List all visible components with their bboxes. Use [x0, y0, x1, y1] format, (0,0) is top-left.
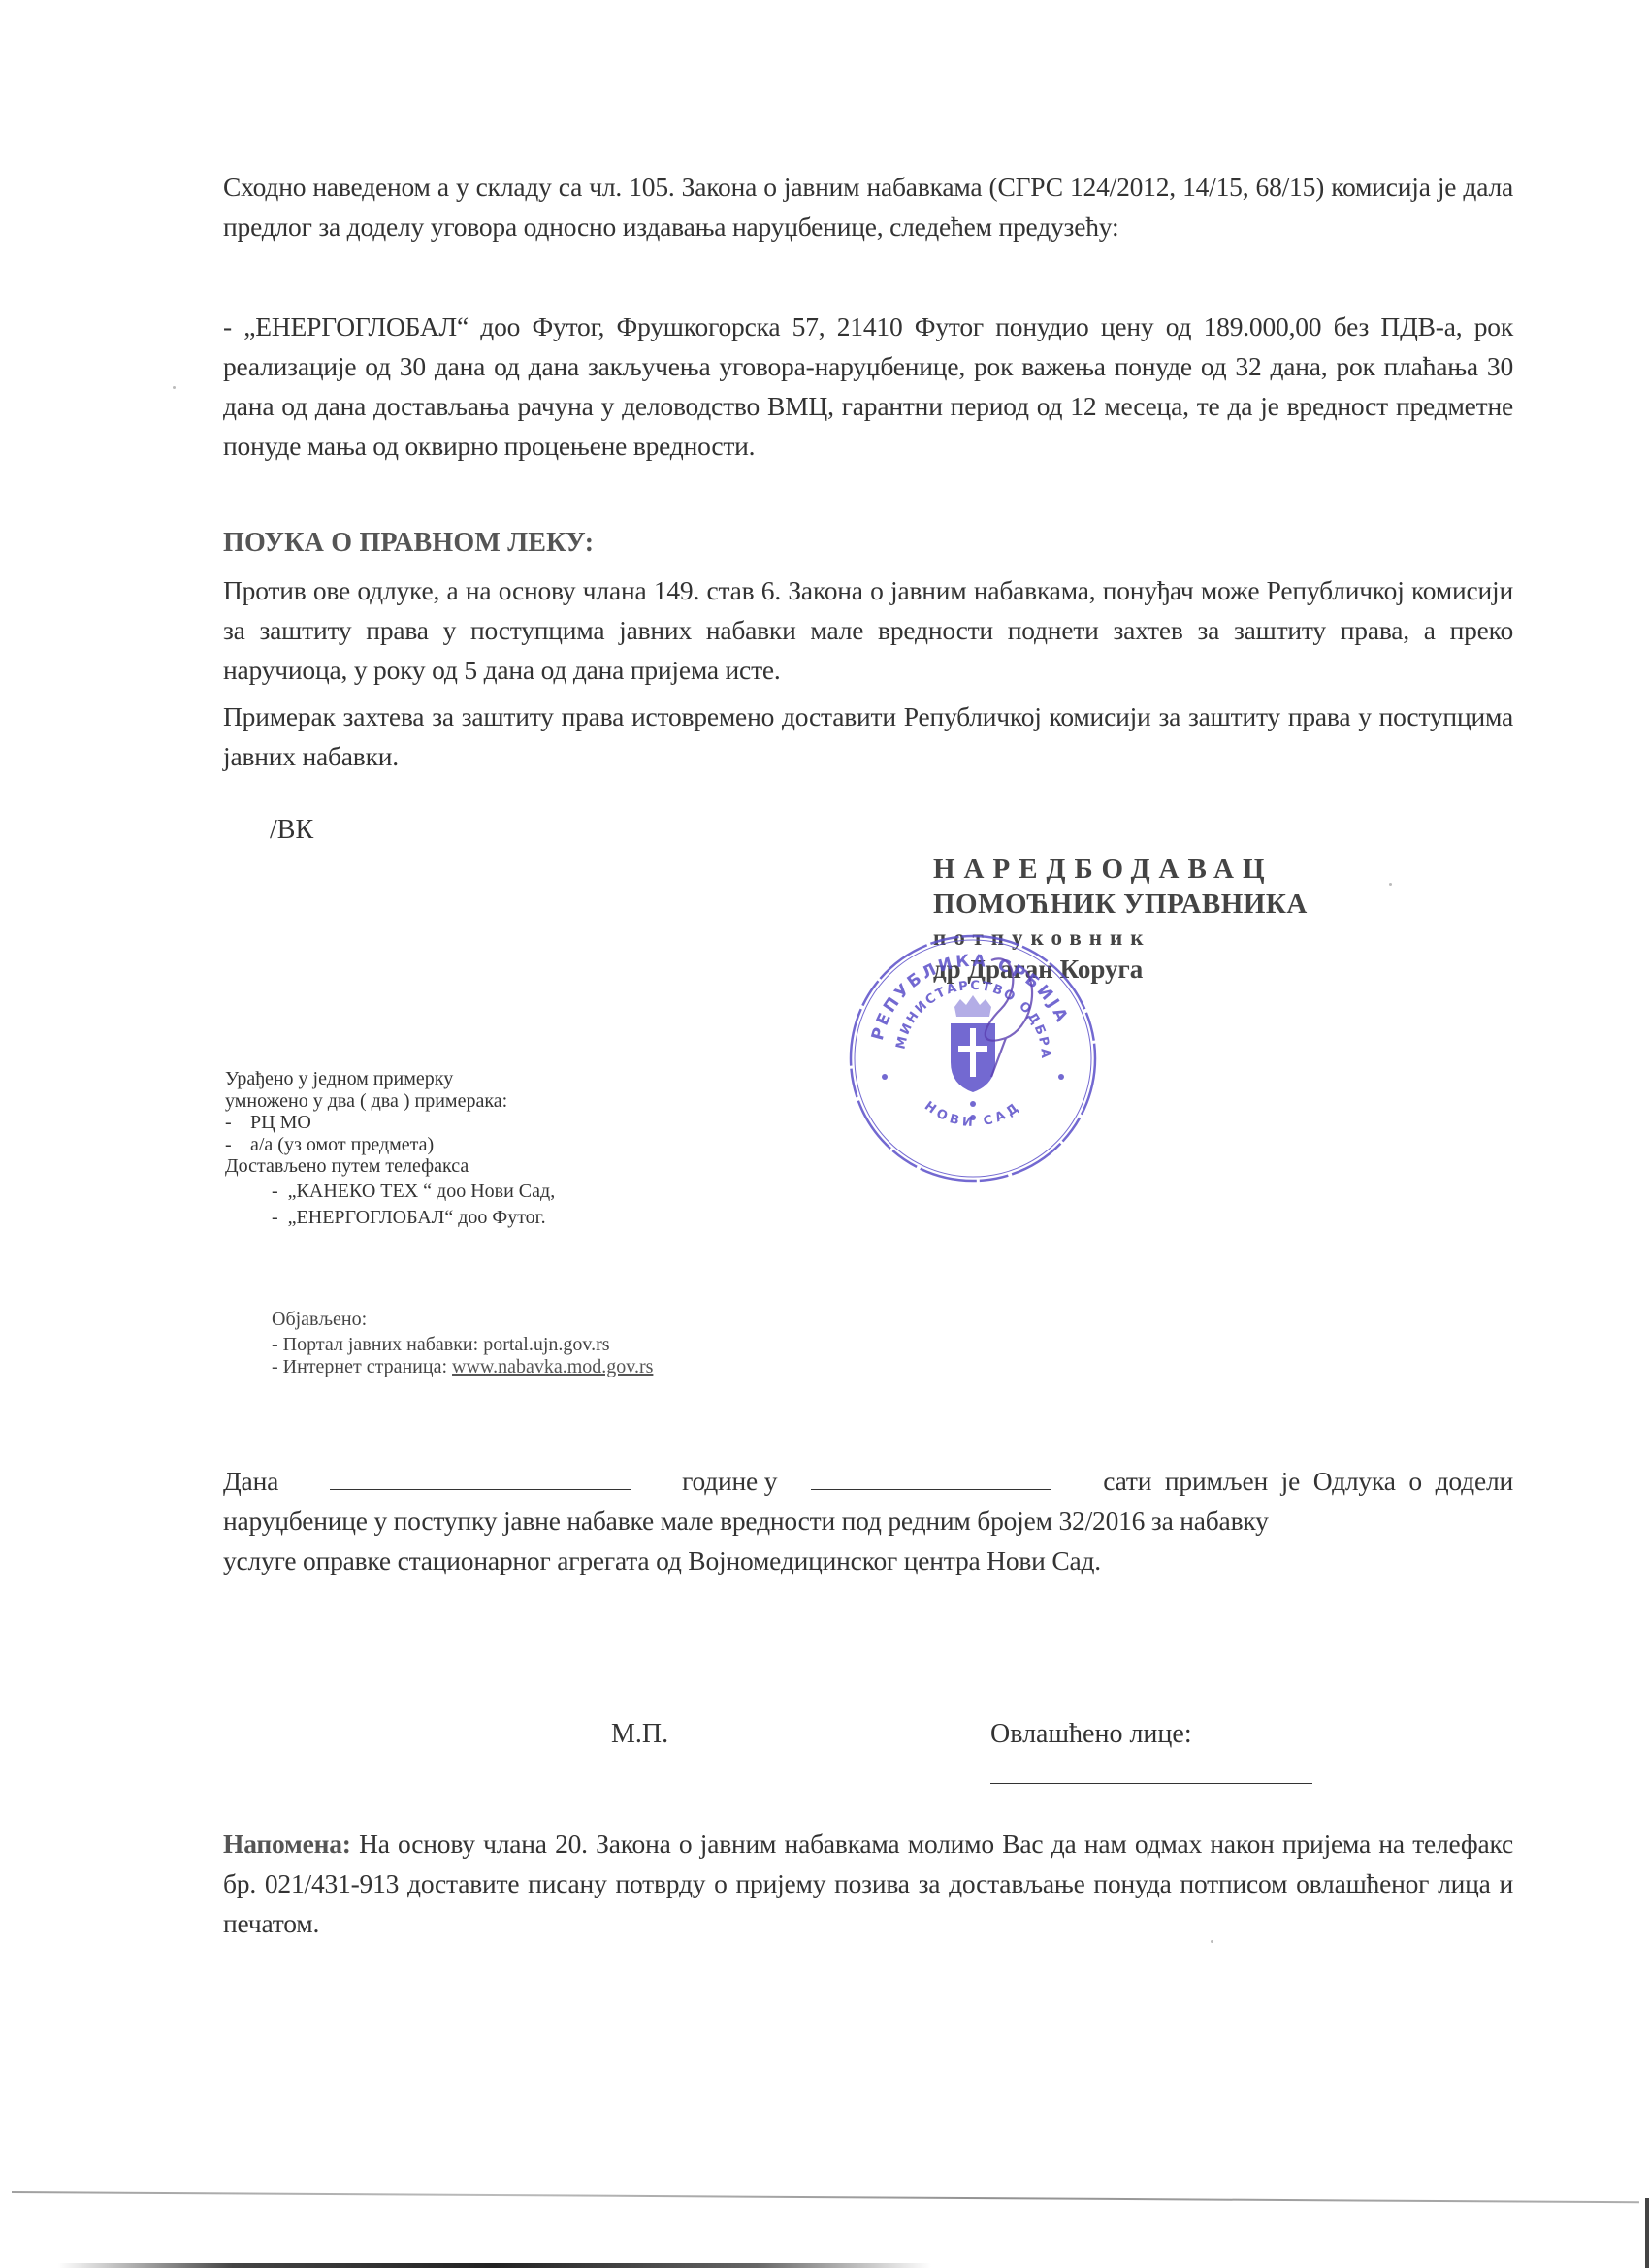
remedy-paragraph-2: Примерак захтева за заштиту права истовр… — [223, 697, 1513, 776]
signature-position: ПОМОЋНИК УПРАВНИКА — [933, 887, 1308, 922]
scan-bottom-edge — [58, 2263, 931, 2268]
time-blank-field[interactable] — [811, 1468, 1051, 1490]
distribution-line-2: умножено у два ( два ) примерака: — [225, 1090, 555, 1113]
website-link[interactable]: www.nabavka.mod.gov.rs — [452, 1356, 653, 1377]
scan-speck — [173, 386, 176, 389]
signature-title: НАРЕДБОДАВАЦ — [933, 852, 1308, 887]
note-paragraph: Напомена: На основу члана 20. Закона о ј… — [223, 1824, 1513, 1943]
scan-speck — [1211, 1940, 1213, 1943]
copy-item: -а/а (уз омот предмета) — [225, 1134, 555, 1156]
published-block: Објављено: - Портал јавних набавки: port… — [272, 1305, 653, 1378]
initials: /ВК — [270, 815, 313, 846]
intro-paragraph: Сходно наведеном а у складу са чл. 105. … — [223, 167, 1513, 246]
official-stamp: РЕПУБЛИКА СРБИЈА МИНИСТАРСТВО ОДБРАНЕ НО… — [846, 931, 1100, 1185]
authorized-person-label: Овлашћено лице: — [990, 1719, 1192, 1750]
document-page: Сходно наведеном а у складу са чл. 105. … — [0, 0, 1649, 2268]
fax-label: Достављено путем телефакса — [225, 1155, 555, 1178]
remedy-paragraph-1: Против ове одлуке, а на основу члана 149… — [223, 570, 1513, 690]
remedy-heading: ПОУКА О ПРАВНОМ ЛЕКУ: — [223, 528, 594, 559]
scan-right-edge — [1645, 2198, 1649, 2268]
scan-fold-line — [12, 2191, 1639, 2203]
distribution-block: Урађено у једном примерку умножено у два… — [225, 1068, 555, 1230]
offer-paragraph: - „ЕНЕРГОГЛОБАЛ“ доо Футог, Фрушкогорска… — [223, 307, 1513, 466]
date-blank-field[interactable] — [330, 1468, 630, 1490]
authorized-signature-line[interactable] — [990, 1783, 1312, 1784]
seal-placeholder-label: М.П. — [611, 1719, 668, 1750]
fax-recipient: - „ЕНЕРГОГЛОБАЛ“ доо Футог. — [225, 1205, 555, 1230]
published-label: Објављено: — [272, 1305, 653, 1334]
scan-speck — [1389, 883, 1392, 886]
note-label: Напомена: — [223, 1829, 351, 1859]
receipt-paragraph: Дана године у сати примљен је Одлука о д… — [223, 1461, 1513, 1580]
published-item: - Интернет страница: www.nabavka.mod.gov… — [272, 1356, 653, 1378]
copy-item: -РЦ МО — [225, 1112, 555, 1134]
fax-recipient: - „КАНЕКО ТЕХ “ доо Нови Сад, — [225, 1178, 555, 1205]
published-item: - Портал јавних набавки: portal.ujn.gov.… — [272, 1334, 653, 1356]
distribution-line-1: Урађено у једном примерку — [225, 1068, 555, 1090]
